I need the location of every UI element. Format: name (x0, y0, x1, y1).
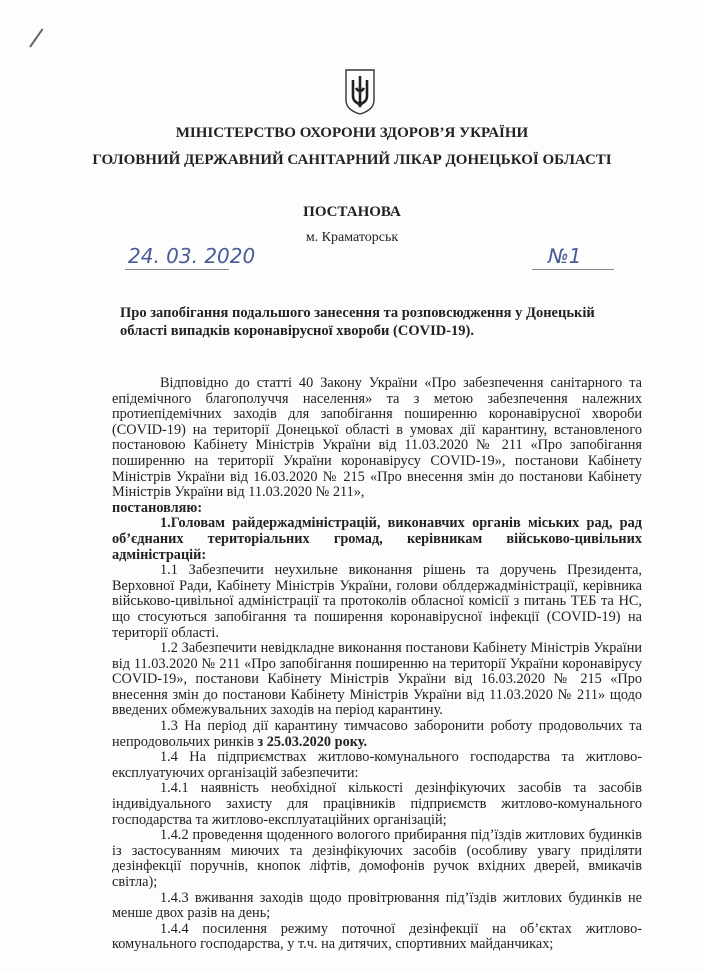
paragraph-1-3-date: з 25.03.2020 року. (257, 734, 367, 750)
paragraph-1-4-3: 1.4.3 вживання заходів щодо провітрюванн… (112, 891, 642, 922)
pen-mark (29, 28, 43, 47)
doc-type: ПОСТАНОВА (0, 204, 704, 221)
paragraph-1-1: 1.1 Забезпечити неухильне виконання ріше… (112, 563, 642, 641)
handwritten-date: 24. 03. 2020 (128, 244, 255, 268)
date-underline (125, 269, 229, 270)
city: м. Краматорськ (0, 230, 704, 246)
office-name: ГОЛОВНИЙ ДЕРЖАВНИЙ САНІТАРНИЙ ЛІКАР ДОНЕ… (0, 152, 704, 169)
paragraph-1-2: 1.2 Забезпечити невідкладне виконання по… (112, 641, 642, 719)
section-1-heading: 1.Головам райдержадміністрацій, виконавч… (112, 516, 642, 563)
number-underline (532, 269, 614, 270)
preamble: Відповідно до статті 40 Закону України «… (112, 376, 642, 501)
trident-coat-of-arms-icon (344, 68, 376, 116)
document-body: Відповідно до статті 40 Закону України «… (112, 376, 642, 953)
handwritten-number: №1 (548, 244, 582, 268)
paragraph-1-3: 1.3 На період дії карантину тимчасово за… (112, 719, 642, 750)
paragraph-1-4-4: 1.4.4 посилення режиму поточної дезінфек… (112, 922, 642, 953)
ministry-name: МІНІСТЕРСТВО ОХОРОНИ ЗДОРОВ’Я УКРАЇНИ (0, 125, 704, 142)
paragraph-1-4-2: 1.4.2 проведення щоденного вологого приб… (112, 828, 642, 890)
document-title: Про запобігання подальшого занесення та … (120, 304, 640, 340)
paragraph-1-3-text: 1.3 На період дії карантину тимчасово за… (112, 718, 642, 750)
resolve-word: постановляю: (112, 501, 642, 517)
paragraph-1-4: 1.4 На підприємствах житлово-комунальног… (112, 750, 642, 781)
paragraph-1-4-1: 1.4.1 наявність необхідної кількості дез… (112, 781, 642, 828)
